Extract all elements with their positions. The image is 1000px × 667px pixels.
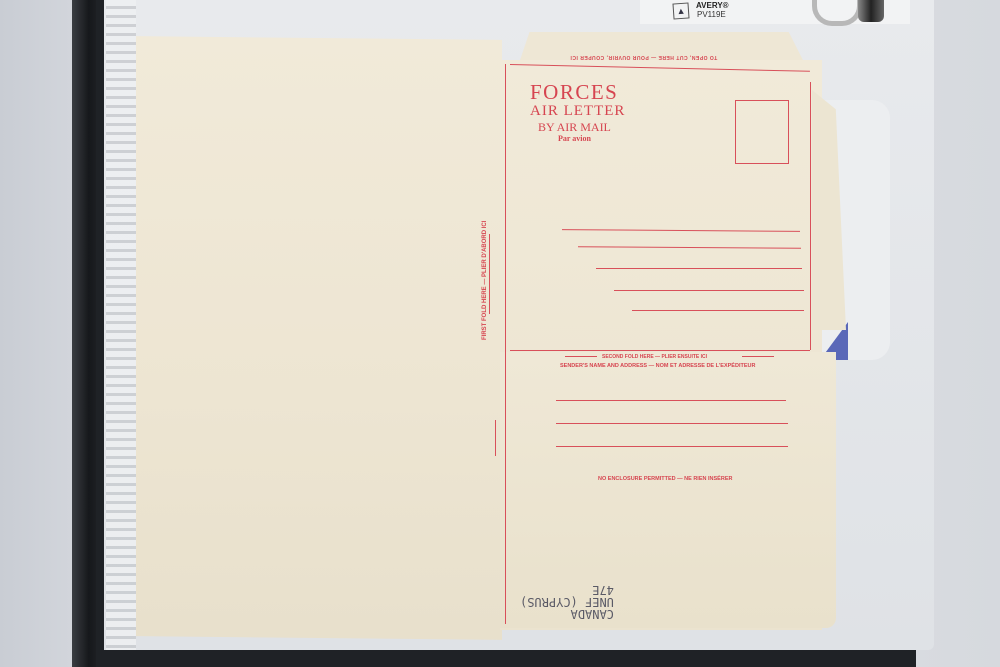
- handwriting-line: UNEF (CYPRUS): [520, 596, 614, 608]
- second-fold-line: [510, 350, 810, 351]
- address-line: [614, 290, 804, 291]
- title-forces: FORCES: [530, 80, 618, 105]
- enclosure-note: NO ENCLOSURE PERMITTED — NE RIEN INSÉRER: [598, 476, 732, 482]
- aerogramme-inner-panel: [136, 36, 502, 640]
- second-fold-arrow-right: [742, 356, 774, 357]
- right-border-line: [810, 82, 811, 350]
- second-fold-label: SECOND FOLD HERE — PLIER ENSUITE ICI: [602, 354, 707, 360]
- sender-label: SENDER'S NAME AND ADDRESS — NOM ET ADRES…: [560, 363, 755, 369]
- binder-ring-post: [858, 0, 884, 22]
- title-air-letter: AIR LETTER: [530, 103, 625, 120]
- sleeve-punched-edge: [106, 0, 136, 650]
- handwritten-note: CANADA UNEF (CYPRUS) 47E: [520, 584, 614, 620]
- avery-brand: AVERY®: [696, 1, 729, 10]
- address-line: [632, 310, 804, 311]
- handwriting-line: CANADA: [520, 608, 614, 620]
- sender-line: [556, 423, 788, 424]
- avery-product-code: PV119E: [697, 10, 726, 19]
- avery-logo-icon: ▲: [672, 2, 689, 19]
- open-instructions: TO OPEN, CUT HERE — POUR OUVRIR, COUPER …: [570, 54, 717, 60]
- stamp-box: [735, 100, 789, 164]
- by-air-mail: BY AIR MAIL: [538, 120, 611, 135]
- second-fold-arrow-left: [565, 356, 597, 357]
- fold-arrow-down: [495, 420, 496, 456]
- sender-line: [556, 446, 788, 447]
- par-avion: Par avion: [558, 134, 591, 143]
- first-fold-label: FIRST FOLD HERE — PLIER D'ABORD ICI: [482, 221, 488, 340]
- first-fold-line: [505, 64, 506, 624]
- address-line: [596, 268, 802, 269]
- sender-line: [556, 400, 786, 401]
- fold-arrow-up: [489, 234, 490, 314]
